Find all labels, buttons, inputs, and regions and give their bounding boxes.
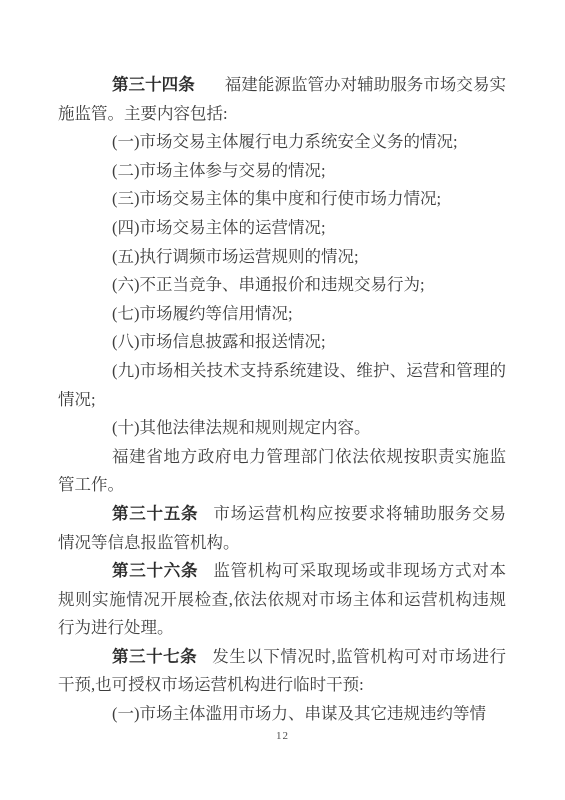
article-number: 第三十四条: [112, 75, 195, 94]
body-paragraph: 福建省地方政府电力管理部门依法依规按职责实施监管工作。: [58, 443, 506, 500]
article-paragraph: 第三十六条监管机构可采取现场或非现场方式对本规则实施情况开展检查,依法依规对市场…: [58, 557, 506, 643]
article-number: 第三十七条: [112, 647, 197, 666]
list-item-paragraph: (四)市场交易主体的运营情况;: [58, 214, 506, 243]
article-number: 第三十六条: [112, 561, 198, 580]
document-page: 第三十四条福建能源监管办对辅助服务市场交易实施监管。主要内容包括:(一)市场交易…: [0, 0, 565, 800]
list-item-paragraph: (二)市场主体参与交易的情况;: [58, 157, 506, 186]
list-item-paragraph: (三)市场交易主体的集中度和行使市场力情况;: [58, 185, 506, 214]
article-paragraph: 第三十七条发生以下情况时,监管机构可对市场进行干预,也可授权市场运营机构进行临时…: [58, 643, 506, 700]
list-item-paragraph: (五)执行调频市场运营规则的情况;: [58, 243, 506, 272]
list-item-paragraph: (一)市场主体滥用市场力、串谋及其它违规违约等情: [58, 700, 506, 729]
article-paragraph: 第三十五条市场运营机构应按要求将辅助服务交易情况等信息报监管机构。: [58, 500, 506, 557]
list-item-paragraph: (十)其他法律法规和规则规定内容。: [58, 414, 506, 443]
article-paragraph: 第三十四条福建能源监管办对辅助服务市场交易实施监管。主要内容包括:: [58, 71, 506, 128]
list-item-paragraph: (八)市场信息披露和报送情况;: [58, 328, 506, 357]
page-number: 12: [0, 730, 565, 742]
article-number: 第三十五条: [112, 504, 198, 523]
document-content: 第三十四条福建能源监管办对辅助服务市场交易实施监管。主要内容包括:(一)市场交易…: [58, 71, 506, 729]
list-item-paragraph: (九)市场相关技术支持系统建设、维护、运营和管理的情况;: [58, 357, 506, 414]
list-item-paragraph: (六)不正当竞争、串通报价和违规交易行为;: [58, 271, 506, 300]
list-item-paragraph: (一)市场交易主体履行电力系统安全义务的情况;: [58, 128, 506, 157]
list-item-paragraph: (七)市场履约等信用情况;: [58, 300, 506, 329]
